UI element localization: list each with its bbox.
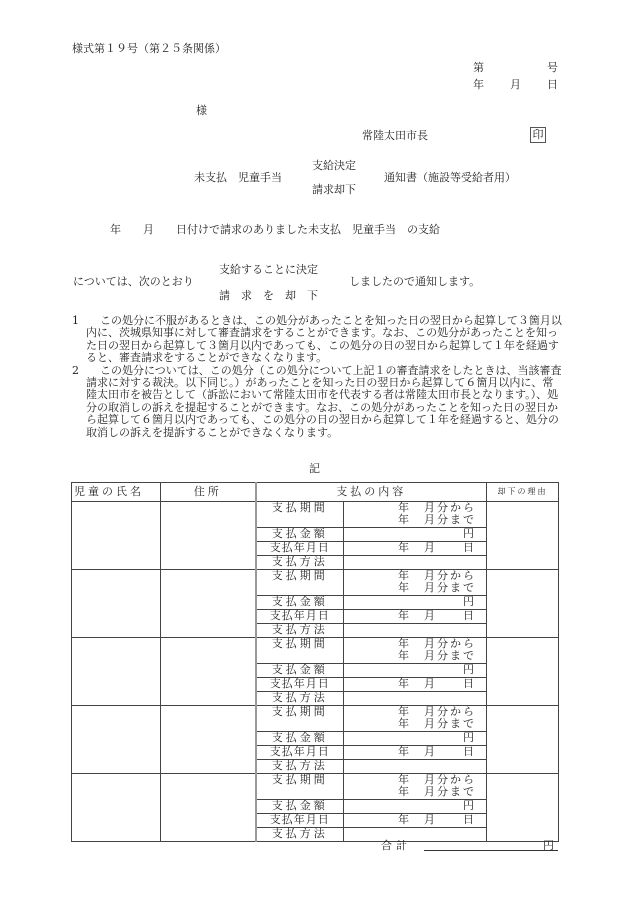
total-amount-field[interactable] bbox=[424, 850, 558, 851]
amount-value[interactable]: 円 bbox=[344, 800, 487, 814]
table-header-row: 児童の氏名 住所 支払の内容 却下の理由 bbox=[72, 483, 559, 502]
period-label: 支払期間 bbox=[256, 774, 344, 800]
period-label: 支払期間 bbox=[256, 570, 344, 596]
method-label: 支払方法 bbox=[256, 692, 344, 706]
date-month-label: 月 bbox=[510, 79, 521, 90]
header-rejection-reason: 却下の理由 bbox=[487, 483, 559, 502]
notice-list: 1 この処分に不服があるときは、この処分があったことを知った日の翌日から起算して… bbox=[72, 315, 562, 439]
amount-label: 支払金額 bbox=[256, 800, 344, 814]
amount-value[interactable]: 円 bbox=[344, 596, 487, 610]
ki-label: 記 bbox=[309, 463, 320, 474]
period-label: 支払期間 bbox=[256, 638, 344, 664]
notice-item-1: 1 この処分に不服があるときは、この処分があったことを知った日の翌日から起算して… bbox=[72, 315, 562, 365]
body-line-1: 年 月 日付けで請求のありました未支払 児童手当 の支給 bbox=[110, 224, 440, 235]
table-row: 支払期間 年 月分から年 月分まで bbox=[72, 706, 559, 732]
amount-label: 支払金額 bbox=[256, 528, 344, 542]
notice-number: 2 bbox=[72, 365, 79, 377]
period-value[interactable]: 年 月分から年 月分まで bbox=[344, 502, 487, 528]
amount-value[interactable]: 円 bbox=[344, 528, 487, 542]
payment-date-label: 支払年月日 bbox=[256, 678, 344, 692]
payment-table: 児童の氏名 住所 支払の内容 却下の理由 支払期間 年 月分から年 月分まで 支… bbox=[71, 482, 559, 842]
rejection-reason-cell[interactable] bbox=[487, 502, 559, 570]
doc-number-prefix: 第 bbox=[473, 62, 484, 73]
period-to: 年 月分まで bbox=[344, 650, 476, 662]
table-row: 支払期間 年 月分から年 月分まで bbox=[72, 502, 559, 528]
body-option-grant[interactable]: 支給することに決定 bbox=[219, 264, 318, 275]
rejection-reason-cell[interactable] bbox=[487, 774, 559, 842]
address-cell[interactable] bbox=[161, 638, 256, 706]
amount-value[interactable]: 円 bbox=[344, 732, 487, 746]
body-line-2-suffix: しましたので通知します。 bbox=[349, 276, 480, 287]
payment-date-value[interactable]: 年 月 日 bbox=[344, 542, 487, 556]
address-cell[interactable] bbox=[161, 502, 256, 570]
period-value[interactable]: 年 月分から年 月分まで bbox=[344, 706, 487, 732]
rejection-reason-cell[interactable] bbox=[487, 570, 559, 638]
addressee-suffix: 様 bbox=[196, 105, 207, 116]
table-row: 支払期間 年 月分から年 月分まで bbox=[72, 570, 559, 596]
address-cell[interactable] bbox=[161, 774, 256, 842]
header-address: 住所 bbox=[161, 483, 256, 502]
period-value[interactable]: 年 月分から年 月分まで bbox=[344, 774, 487, 800]
method-value[interactable] bbox=[344, 624, 487, 638]
doc-number-suffix: 号 bbox=[547, 62, 558, 73]
amount-label: 支払金額 bbox=[256, 596, 344, 610]
rejection-reason-cell[interactable] bbox=[487, 706, 559, 774]
title-prefix: 未支払 児童手当 bbox=[194, 172, 282, 183]
period-to: 年 月分まで bbox=[344, 718, 476, 730]
body-line-2-prefix: については、次のとおり bbox=[73, 276, 194, 287]
rejection-reason-cell[interactable] bbox=[487, 638, 559, 706]
period-label: 支払期間 bbox=[256, 706, 344, 732]
total-unit: 円 bbox=[543, 840, 554, 851]
period-to: 年 月分まで bbox=[344, 786, 476, 798]
method-value[interactable] bbox=[344, 692, 487, 706]
title-option-reject[interactable]: 請求却下 bbox=[312, 184, 356, 195]
payment-date-value[interactable]: 年 月 日 bbox=[344, 610, 487, 624]
method-value[interactable] bbox=[344, 828, 487, 842]
method-value[interactable] bbox=[344, 760, 487, 774]
method-label: 支払方法 bbox=[256, 760, 344, 774]
notice-text: この処分については、この処分（この処分について上記１の審査請求をしたときは、当該… bbox=[86, 365, 562, 439]
total-label: 合計 bbox=[381, 840, 411, 851]
period-to: 年 月分まで bbox=[344, 582, 476, 594]
title-option-grant[interactable]: 支給決定 bbox=[312, 160, 356, 171]
doc-number-field[interactable] bbox=[488, 62, 543, 74]
child-name-cell[interactable] bbox=[72, 706, 161, 774]
payment-date-value[interactable]: 年 月 日 bbox=[344, 814, 487, 828]
child-name-cell[interactable] bbox=[72, 502, 161, 570]
payment-date-label: 支払年月日 bbox=[256, 746, 344, 760]
table-row: 支払期間 年 月分から年 月分まで bbox=[72, 774, 559, 800]
date-year-label: 年 bbox=[473, 79, 484, 90]
date-day-label: 日 bbox=[547, 79, 558, 90]
address-cell[interactable] bbox=[161, 706, 256, 774]
period-value[interactable]: 年 月分から年 月分まで bbox=[344, 638, 487, 664]
method-label: 支払方法 bbox=[256, 556, 344, 570]
form-number: 様式第１９号（第２５条関係） bbox=[72, 43, 226, 54]
method-label: 支払方法 bbox=[256, 828, 344, 842]
notice-text: この処分に不服があるときは、この処分があったことを知った日の翌日から起算して３箇… bbox=[86, 315, 562, 365]
child-name-cell[interactable] bbox=[72, 570, 161, 638]
period-to: 年 月分まで bbox=[344, 514, 476, 526]
header-payment-content: 支払の内容 bbox=[256, 483, 487, 502]
child-name-cell[interactable] bbox=[72, 638, 161, 706]
header-child-name: 児童の氏名 bbox=[72, 483, 161, 502]
amount-label: 支払金額 bbox=[256, 732, 344, 746]
notice-item-2: 2 この処分については、この処分（この処分について上記１の審査請求をしたときは、… bbox=[72, 365, 562, 439]
issuer-name: 常陸太田市長 bbox=[362, 130, 428, 141]
child-name-cell[interactable] bbox=[72, 774, 161, 842]
body-option-reject[interactable]: 請 求 を 却 下 bbox=[219, 290, 318, 301]
title-suffix: 通知書（施設等受給者用） bbox=[384, 172, 516, 183]
method-label: 支払方法 bbox=[256, 624, 344, 638]
amount-value[interactable]: 円 bbox=[344, 664, 487, 678]
payment-date-value[interactable]: 年 月 日 bbox=[344, 746, 487, 760]
period-label: 支払期間 bbox=[256, 502, 344, 528]
period-value[interactable]: 年 月分から年 月分まで bbox=[344, 570, 487, 596]
notice-number: 1 bbox=[72, 315, 79, 327]
amount-label: 支払金額 bbox=[256, 664, 344, 678]
method-value[interactable] bbox=[344, 556, 487, 570]
payment-date-label: 支払年月日 bbox=[256, 542, 344, 556]
payment-date-label: 支払年月日 bbox=[256, 610, 344, 624]
payment-date-value[interactable]: 年 月 日 bbox=[344, 678, 487, 692]
payment-date-label: 支払年月日 bbox=[256, 814, 344, 828]
address-cell[interactable] bbox=[161, 570, 256, 638]
seal-stamp: 印 bbox=[530, 127, 546, 143]
table-row: 支払期間 年 月分から年 月分まで bbox=[72, 638, 559, 664]
